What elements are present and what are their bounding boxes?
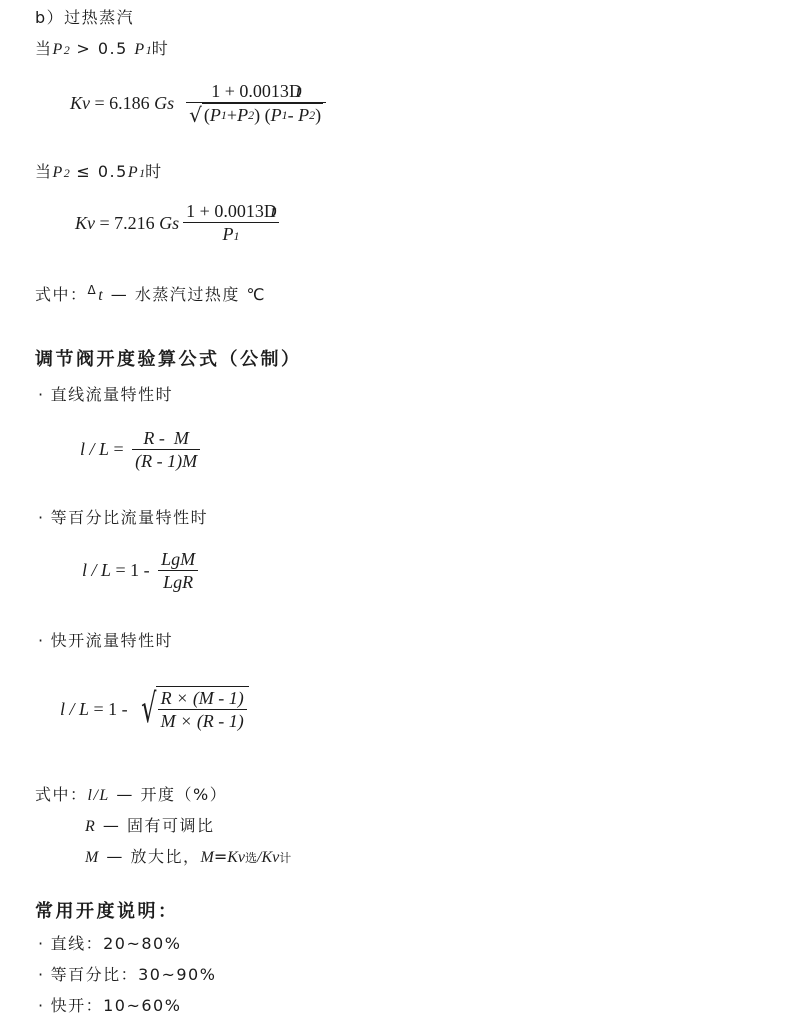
legend-symbol: M xyxy=(85,849,100,866)
formula-quick-open-opening: l / L = 1 - √ R × (M - 1) M × (R - 1) xyxy=(60,686,249,732)
fraction-denominator: LgR xyxy=(160,571,196,593)
fraction-numerator: R × (M - 1) xyxy=(158,687,247,709)
paren: ( xyxy=(260,104,271,126)
formula-eq: = 7.216 xyxy=(95,213,159,234)
label-text: 等百分比流量特性时 xyxy=(51,508,209,527)
legend-symbol: R xyxy=(85,818,96,835)
formula-eq: = 1 - xyxy=(111,560,154,581)
radical-icon: √ xyxy=(141,689,156,729)
formula-gs: Gs xyxy=(154,93,174,114)
note-desc: — 水蒸汽过热度 ℃ xyxy=(104,285,266,304)
fraction-denominator: (R - 1)M xyxy=(132,450,200,472)
delta-t-symbol: Dt xyxy=(264,200,276,222)
formula-lhs: l / L xyxy=(60,699,89,720)
fraction-denominator: M × (R - 1) xyxy=(158,710,247,732)
fraction-denominator: √ (P1+P2) (P1- P2) xyxy=(186,103,326,127)
formula-fraction: 1 + 0.0013Dt √ (P1+P2) (P1- P2) xyxy=(186,80,326,127)
var-p2: P xyxy=(53,41,64,58)
numerator-text: 1 + 0.0013 xyxy=(211,81,289,101)
bullet-icon: · xyxy=(38,996,45,1015)
equal-percent-characteristic-label: ·等百分比流量特性时 xyxy=(38,508,208,528)
bullet-icon: · xyxy=(38,385,45,404)
fraction-numerator: LgM xyxy=(158,548,198,570)
common-opening-item-linear: ·直线：20~80% xyxy=(38,934,181,954)
legend-desc: — 固有可调比 xyxy=(96,816,214,835)
bullet-icon: · xyxy=(38,631,45,650)
formula-lhs: l / L xyxy=(82,560,111,581)
formula-lhs: l / L xyxy=(80,439,109,460)
radicand: (P1+P2) (P1- P2) xyxy=(202,103,323,126)
formula-equal-percent-opening: l / L = 1 - LgM LgR xyxy=(82,548,202,593)
bullet-icon: · xyxy=(38,965,45,984)
var-p1: P xyxy=(271,104,282,126)
fraction-numerator: 1 + 0.0013Dt xyxy=(208,80,304,102)
formula-fraction: R - M (R - 1)M xyxy=(132,427,200,472)
var-p1-sub: 1 xyxy=(234,229,240,243)
fraction-numerator: 1 + 0.0013Dt xyxy=(183,200,279,222)
formula-eq: = 1 - xyxy=(89,699,132,720)
var-p1: P xyxy=(210,104,221,126)
label-text: 快开流量特性时 xyxy=(51,631,174,650)
kv-calculated-sub: 计 xyxy=(279,851,291,865)
var-p1: P xyxy=(223,224,234,244)
formula-gs: Gs xyxy=(159,213,179,234)
var-p2: P xyxy=(53,164,64,181)
paren: ) xyxy=(315,104,321,126)
label-text: 直线流量特性时 xyxy=(51,385,174,404)
condition-p2-greater: 当P2 > 0.5 P1时 xyxy=(35,39,169,60)
fraction-numerator: R - M xyxy=(140,427,191,449)
var-m: M xyxy=(201,849,214,866)
formula-lhs: Kv xyxy=(70,93,90,114)
delta-var: t xyxy=(271,201,276,221)
condition-p2-less-equal: 当P2 ≤ 0.5P1时 xyxy=(35,162,163,183)
minus: - xyxy=(288,104,299,126)
legend-symbol: l/L xyxy=(88,787,110,804)
bullet-icon: · xyxy=(38,934,45,953)
legend-prefix: 式中： xyxy=(35,785,88,804)
plus: + xyxy=(227,104,237,126)
formula-fraction: LgM LgR xyxy=(158,548,198,593)
formula-fraction: R × (M - 1) M × (R - 1) xyxy=(158,687,247,732)
numerator-text: 1 + 0.0013 xyxy=(186,201,264,221)
section-heading-opening-formula: 调节阀开度验算公式（公制） xyxy=(35,349,302,371)
formula-eq: = 6.186 xyxy=(90,93,154,114)
bullet-icon: · xyxy=(38,508,45,527)
linear-characteristic-label: ·直线流量特性时 xyxy=(38,385,173,405)
condition-op: > 0.5 xyxy=(70,39,135,58)
delta-var: t xyxy=(296,81,301,101)
sqrt: √ R × (M - 1) M × (R - 1) xyxy=(136,686,249,732)
formula-kv-superheated-high: Kv = 6.186 Gs 1 + 0.0013Dt √ (P1+P2) (P1… xyxy=(70,80,330,127)
item-range: 30~90% xyxy=(138,965,216,984)
note-delta-t: 式中：Δt — 水蒸汽过热度 ℃ xyxy=(35,285,266,306)
section-heading-common-opening: 常用开度说明： xyxy=(35,901,179,923)
item-range: 10~60% xyxy=(103,996,181,1015)
legend-m: M — 放大比，M=Kv选/Kv计 xyxy=(85,847,291,868)
formula-linear-opening: l / L = R - M (R - 1)M xyxy=(80,427,204,472)
formula-fraction: 1 + 0.0013Dt P1 xyxy=(183,200,279,247)
radical-icon: √ xyxy=(189,105,202,125)
var-p1: P xyxy=(128,164,139,181)
quick-open-characteristic-label: ·快开流量特性时 xyxy=(38,631,173,651)
var-p1: P xyxy=(134,41,145,58)
condition-suffix: 时 xyxy=(152,39,170,58)
var-p2: P xyxy=(298,104,309,126)
note-prefix: 式中： xyxy=(35,285,88,304)
item-label: 等百分比： xyxy=(51,965,139,984)
legend-desc: — 放大比， xyxy=(100,847,201,866)
sqrt: √ (P1+P2) (P1- P2) xyxy=(189,103,323,126)
formula-kv-superheated-low: Kv = 7.216 Gs 1 + 0.0013Dt P1 xyxy=(75,200,283,247)
condition-op: ≤ 0.5 xyxy=(70,162,128,181)
kv-selected-sub: 选 xyxy=(245,851,257,865)
legend-opening: 式中：l/L — 开度（%） xyxy=(35,785,227,806)
delta-icon: Δ xyxy=(88,283,98,297)
var-p2: P xyxy=(237,104,248,126)
radicand: R × (M - 1) M × (R - 1) xyxy=(156,686,249,732)
legend-r: R — 固有可调比 xyxy=(85,816,214,837)
formula-eq: = xyxy=(109,439,128,460)
legend-desc: — 开度（%） xyxy=(110,785,227,804)
common-opening-item-quick-open: ·快开：10~60% xyxy=(38,996,181,1016)
fraction-denominator: P1 xyxy=(220,223,243,247)
item-label: 直线： xyxy=(51,934,104,953)
condition-suffix: 时 xyxy=(145,162,163,181)
var-kv-calculated: Kv xyxy=(262,849,280,866)
item-label: 快开： xyxy=(51,996,104,1015)
section-b-title: b）过热蒸汽 xyxy=(35,8,134,28)
condition-prefix: 当 xyxy=(35,39,53,58)
item-range: 20~80% xyxy=(103,934,181,953)
formula-lhs: Kv xyxy=(75,213,95,234)
var-kv-selected: Kv xyxy=(227,849,245,866)
common-opening-item-equal-percent: ·等百分比：30~90% xyxy=(38,965,216,985)
condition-prefix: 当 xyxy=(35,162,53,181)
equals: = xyxy=(214,847,227,866)
delta-t-symbol: Dt xyxy=(289,80,301,102)
